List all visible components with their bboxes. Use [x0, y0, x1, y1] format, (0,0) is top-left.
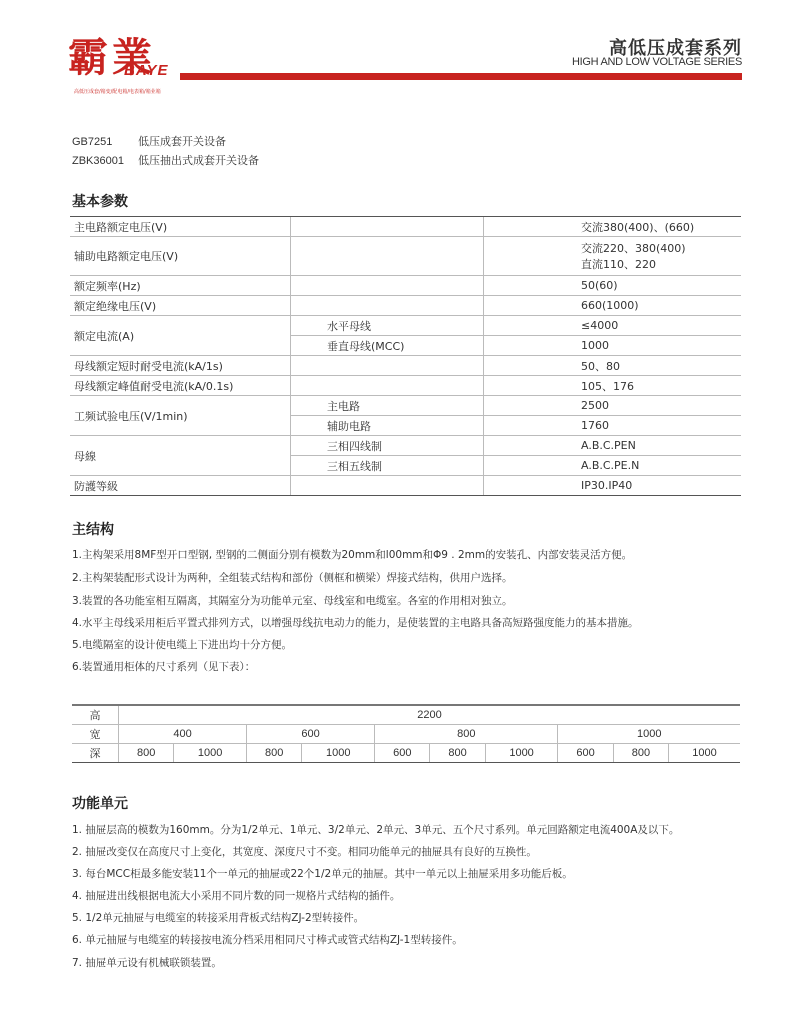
table-row-width: 宽 400 600 800 1000: [72, 725, 740, 744]
row-label: 宽: [72, 725, 119, 744]
standard-code: GB7251: [72, 136, 138, 148]
param-sub: [291, 296, 484, 316]
param-sub: [291, 476, 484, 496]
width-value: 400: [119, 725, 247, 744]
functional-unit-item: 5. 1/2单元抽屉与电缆室的转接采用背板式结构ZJ-2型转接件。: [72, 910, 364, 925]
standard-item: ZBK36001低压抽出式成套开关设备: [72, 152, 259, 168]
table-row: 母线额定峰值耐受电流(kA/0.1s) 105、176: [70, 376, 741, 396]
structure-item: 2.主构架装配形式设计为两种，全组装式结构和部份（侧框和横梁）焊接式结构，供用户…: [72, 570, 513, 585]
table-row: 母线额定短时耐受电流(kA/1s) 50、80: [70, 356, 741, 376]
structure-item: 5.电缆隔室的设计使电缆上下进出均十分方便。: [72, 637, 292, 652]
param-sub: [291, 356, 484, 376]
width-value: 800: [375, 725, 558, 744]
param-value: 交流380(400)、(660): [484, 217, 742, 237]
functional-unit-item: 7. 抽屉单元设有机械联锁装置。: [72, 955, 222, 970]
section-title-basic-params: 基本参数: [72, 191, 128, 211]
standard-name: 低压成套开关设备: [138, 135, 226, 148]
standard-code: ZBK36001: [72, 155, 138, 167]
brand-logo-english: BAYE: [124, 62, 169, 79]
param-value-line: 交流220、380(400): [581, 240, 737, 256]
cabinet-size-table: 高 2200 宽 400 600 800 1000 深 800 1000 800…: [72, 704, 740, 763]
section-title-main-structure: 主结构: [72, 519, 114, 539]
depth-value: 800: [430, 744, 485, 763]
table-row: 主电路额定电压(V) 交流380(400)、(660): [70, 217, 741, 237]
depth-value: 1000: [485, 744, 558, 763]
param-value: IP30.IP40: [484, 476, 742, 496]
basic-params-table: 主电路额定电压(V) 交流380(400)、(660) 辅助电路额定电压(V) …: [70, 216, 741, 496]
functional-unit-item: 4. 抽屉进出线根据电流大小采用不同片数的同一规格片式结构的插件。: [72, 888, 400, 903]
table-row: 工频试验电压(V/1min) 主电路 2500: [70, 396, 741, 416]
param-sub: [291, 276, 484, 296]
depth-value: 800: [247, 744, 302, 763]
depth-value: 1000: [302, 744, 375, 763]
param-label: 主电路额定电压(V): [70, 217, 291, 237]
table-row-height: 高 2200: [72, 705, 740, 725]
param-value: 50、80: [484, 356, 742, 376]
table-row: 额定电流(A) 水平母线 ≤4000: [70, 316, 741, 336]
functional-unit-item: 6. 单元抽屉与电缆室的转接按电流分档采用相同尺寸棒式或管式结构ZJ-1型转接件…: [72, 932, 463, 947]
param-label: 防護等級: [70, 476, 291, 496]
standard-item: GB7251低压成套开关设备: [72, 133, 226, 149]
param-value: ≤4000: [484, 316, 742, 336]
param-sub: 辅助电路: [291, 416, 484, 436]
table-row: 额定绝缘电压(V) 660(1000): [70, 296, 741, 316]
param-value: 交流220、380(400)直流110、220: [484, 237, 742, 276]
param-value-line: 直流110、220: [581, 256, 737, 272]
param-label: 工频试验电压(V/1min): [70, 396, 291, 436]
section-title-functional-units: 功能单元: [72, 793, 128, 813]
depth-value: 600: [375, 744, 430, 763]
row-label: 深: [72, 744, 119, 763]
structure-item: 6.装置通用柜体的尺寸系列（见下表）：: [72, 659, 255, 674]
structure-item: 1.主构架采用8MF型开口型钢, 型钢的二侧面分别有模数为20mm和l00mm和…: [72, 547, 632, 562]
param-label: 额定电流(A): [70, 316, 291, 356]
table-row-depth: 深 800 1000 800 1000 600 800 1000 600 800…: [72, 744, 740, 763]
param-value: 2500: [484, 396, 742, 416]
height-value: 2200: [119, 705, 741, 725]
param-value: A.B.C.PE.N: [484, 456, 742, 476]
table-row: 母線 三相四线制 A.B.C.PEN: [70, 436, 741, 456]
depth-value: 800: [613, 744, 668, 763]
functional-unit-item: 3. 每台MCC柜最多能安装11个一单元的抽屉或22个1/2单元的抽屉。其中一单…: [72, 866, 573, 881]
structure-item: 4.水平主母线采用柜后平置式排列方式，以增强母线抗电动力的能力，是使装置的主电路…: [72, 615, 639, 630]
table-row: 额定频率(Hz) 50(60): [70, 276, 741, 296]
param-sub: 三相五线制: [291, 456, 484, 476]
depth-value: 1000: [174, 744, 247, 763]
param-sub: [291, 217, 484, 237]
param-value: 105、176: [484, 376, 742, 396]
standard-name: 低压抽出式成套开关设备: [138, 154, 259, 167]
param-sub: [291, 237, 484, 276]
row-label: 高: [72, 705, 119, 725]
table-row: 辅助电路额定电压(V) 交流220、380(400)直流110、220: [70, 237, 741, 276]
param-sub: 水平母线: [291, 316, 484, 336]
functional-unit-item: 1. 抽屉层高的模数为160mm。分为1/2单元、1单元、3/2单元、2单元、3…: [72, 822, 679, 837]
param-label: 辅助电路额定电压(V): [70, 237, 291, 276]
page-subtitle: HIGH AND LOW VOLTAGE SERIES: [572, 56, 742, 68]
param-value: 50(60): [484, 276, 742, 296]
width-value: 1000: [558, 725, 740, 744]
param-sub: 主电路: [291, 396, 484, 416]
param-label: 母线额定峰值耐受电流(kA/0.1s): [70, 376, 291, 396]
depth-value: 600: [558, 744, 613, 763]
structure-item: 3.装置的各功能室相互隔离，其隔室分为功能单元室、母线室和电缆室。各室的作用相对…: [72, 593, 513, 608]
param-sub: 三相四线制: [291, 436, 484, 456]
param-value: 1760: [484, 416, 742, 436]
brand-tagline: 高低压成套/箱变/配电箱/电表箱/箱业箱: [74, 88, 161, 95]
param-label: 额定频率(Hz): [70, 276, 291, 296]
table-row: 防護等級 IP30.IP40: [70, 476, 741, 496]
param-label: 母線: [70, 436, 291, 476]
param-sub: 垂直母线(MCC): [291, 336, 484, 356]
param-label: 母线额定短时耐受电流(kA/1s): [70, 356, 291, 376]
width-value: 600: [247, 725, 375, 744]
param-value: A.B.C.PEN: [484, 436, 742, 456]
depth-value: 800: [119, 744, 174, 763]
functional-unit-item: 2. 抽屉改变仅在高度尺寸上变化，其宽度、深度尺寸不变。相同功能单元的抽屉具有良…: [72, 844, 537, 859]
depth-value: 1000: [669, 744, 740, 763]
param-value: 1000: [484, 336, 742, 356]
header-accent-bar: [180, 73, 742, 80]
param-sub: [291, 376, 484, 396]
param-label: 额定绝缘电压(V): [70, 296, 291, 316]
param-value: 660(1000): [484, 296, 742, 316]
